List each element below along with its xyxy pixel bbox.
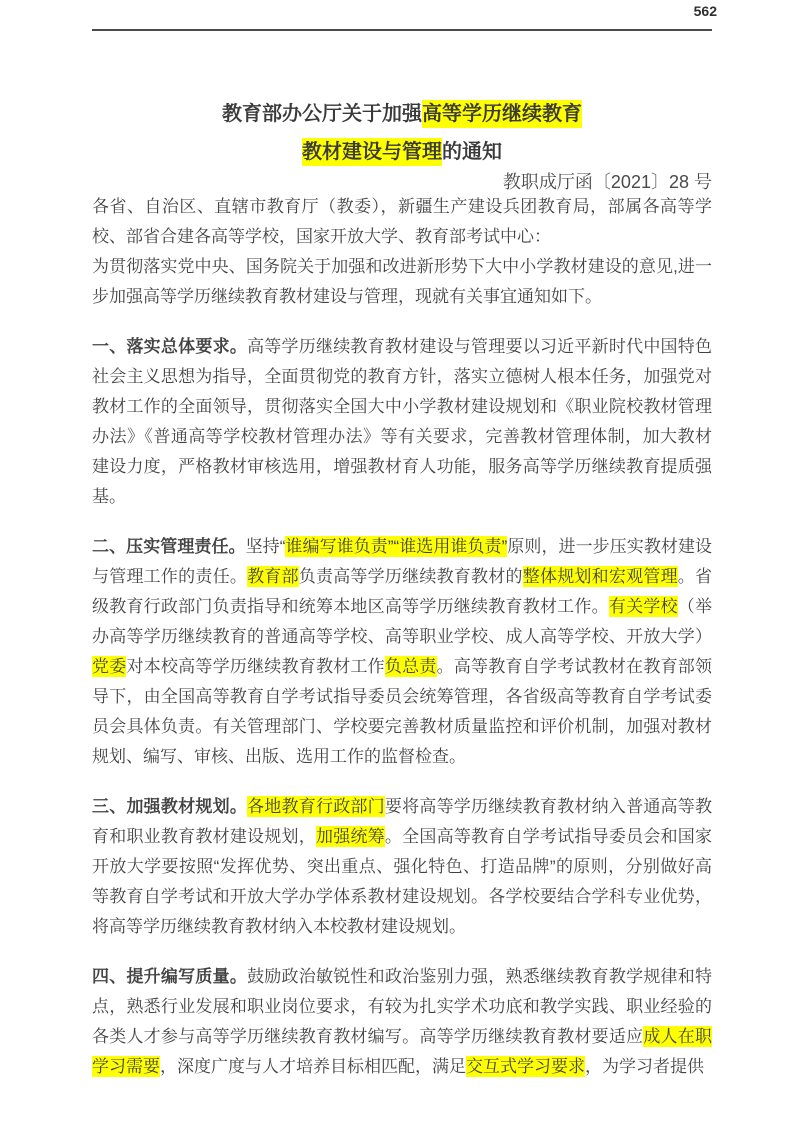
body-text: 负责高等学历继续教育教材的: [299, 567, 523, 586]
section-heading: 三、加强教材规划。: [92, 797, 247, 816]
body-text: 为贯彻落实党中央、国务院关于加强和改进新形势下大中小学教材建设的意见,进一步加强…: [92, 257, 712, 306]
paragraph: 各省、自治区、直辖市教育厅（教委），新疆生产建设兵团教育局，部属各高等学校、部省…: [92, 192, 712, 252]
section-heading: 二、压实管理责任。: [92, 537, 246, 556]
highlighted-text: 谁编写谁负责”“谁选用谁负责”: [285, 536, 507, 557]
body-text: 高等学历继续教育教材建设与管理要以习近平新时代中国特色社会主义思想为指导，全面贯…: [92, 337, 712, 506]
body-text: ，深度广度与人才培养目标相匹配，满足: [160, 1057, 466, 1076]
highlighted-text: 教材建设与管理: [302, 138, 442, 166]
body-text: ，为学习者提供: [585, 1057, 704, 1076]
highlighted-text: 教育部: [247, 566, 299, 587]
highlighted-text: 整体规划和宏观管理: [523, 566, 678, 587]
section-heading: 四、提升编写质量。: [92, 967, 247, 986]
highlighted-text: 有关学校: [609, 596, 678, 617]
highlighted-text: 党委: [92, 656, 126, 677]
paragraph: 为贯彻落实党中央、国务院关于加强和改进新形势下大中小学教材建设的意见,进一步加强…: [92, 252, 712, 312]
highlighted-text: 加强统筹: [316, 826, 385, 847]
body-text: 教育部办公厅关于加强: [222, 103, 422, 125]
body-text: 的通知: [442, 141, 502, 163]
paragraph: 三、加强教材规划。各地教育行政部门要将高等学历继续教育教材纳入普通高等教育和职业…: [92, 792, 712, 942]
document-page: 562 教育部办公厅关于加强高等学历继续教育教材建设与管理的通知 教职成厅函〔2…: [0, 0, 793, 1122]
highlighted-text: 高等学历继续教育: [422, 100, 582, 128]
paragraph: 四、提升编写质量。鼓励政治敏锐性和政治鉴别力强，熟悉继续教育教学规律和特点，熟悉…: [92, 962, 712, 1082]
document-body: 各省、自治区、直辖市教育厅（教委），新疆生产建设兵团教育局，部属各高等学校、部省…: [92, 192, 712, 1082]
body-text: 对本校高等学历继续教育教材工作: [126, 657, 384, 676]
body-text: 各省、自治区、直辖市教育厅（教委），新疆生产建设兵团教育局，部属各高等学校、部省…: [92, 197, 712, 246]
paragraph: 二、压实管理责任。坚持“谁编写谁负责”“谁选用谁负责”原则，进一步压实教材建设与…: [92, 532, 712, 772]
title-line: 教育部办公厅关于加强高等学历继续教育: [92, 95, 712, 133]
body-text: 坚持“: [246, 537, 286, 556]
section-heading: 一、落实总体要求。: [92, 337, 247, 356]
page-number: 562: [694, 2, 717, 20]
document-title: 教育部办公厅关于加强高等学历继续教育教材建设与管理的通知: [92, 95, 712, 171]
highlighted-text: 负总责: [385, 656, 437, 677]
title-line: 教材建设与管理的通知: [92, 133, 712, 171]
highlighted-text: 交互式学习要求: [466, 1056, 585, 1077]
header-rule: [92, 29, 712, 31]
paragraph: 一、落实总体要求。高等学历继续教育教材建设与管理要以习近平新时代中国特色社会主义…: [92, 332, 712, 512]
highlighted-text: 各地教育行政部门: [247, 796, 385, 817]
